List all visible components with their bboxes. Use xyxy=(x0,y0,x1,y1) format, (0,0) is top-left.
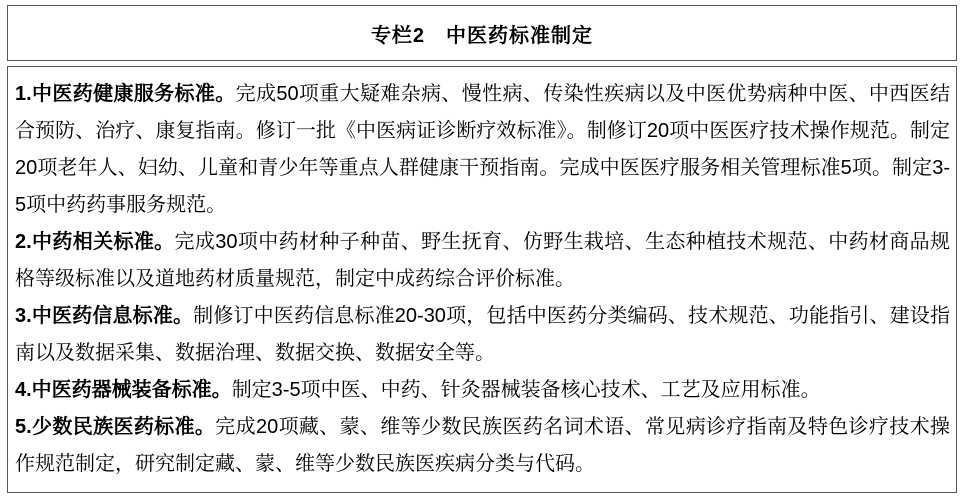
item-4-text: 制定3-5项中医、中药、针灸器械装备核心技术、工艺及应用标准。 xyxy=(232,379,821,401)
list-item-3: 3.中医药信息标准。制修订中医药信息标准20-30项，包括中医药分类编码、技术规… xyxy=(15,298,950,372)
panel-body: 1.中医药健康服务标准。完成50项重大疑难杂病、慢性病、传染性疾病以及中医优势病… xyxy=(7,66,957,493)
item-2-label: 2.中药相关标准。 xyxy=(15,231,175,253)
panel-header: 专栏2 中医药标准制定 xyxy=(7,5,957,61)
list-item-5: 5.少数民族医药标准。完成20项藏、蒙、维等少数民族医药名词术语、常见病诊疗指南… xyxy=(15,409,950,483)
list-item-2: 2.中药相关标准。完成30项中药材种子种苗、野生抚育、仿野生栽培、生态种植技术规… xyxy=(15,224,950,298)
list-item-4: 4.中医药器械装备标准。制定3-5项中医、中药、针灸器械装备核心技术、工艺及应用… xyxy=(15,372,950,409)
item-1-label: 1.中医药健康服务标准。 xyxy=(15,83,236,105)
item-5-label: 5.少数民族医药标准。 xyxy=(15,416,215,438)
document-page: 专栏2 中医药标准制定 1.中医药健康服务标准。完成50项重大疑难杂病、慢性病、… xyxy=(0,0,964,498)
item-4-label: 4.中医药器械装备标准。 xyxy=(15,379,232,401)
item-3-label: 3.中医药信息标准。 xyxy=(15,305,193,327)
list-item-1: 1.中医药健康服务标准。完成50项重大疑难杂病、慢性病、传染性疾病以及中医优势病… xyxy=(15,76,950,224)
panel-body-content: 1.中医药健康服务标准。完成50项重大疑难杂病、慢性病、传染性疾病以及中医优势病… xyxy=(8,67,956,483)
panel-title: 专栏2 中医药标准制定 xyxy=(371,19,593,48)
